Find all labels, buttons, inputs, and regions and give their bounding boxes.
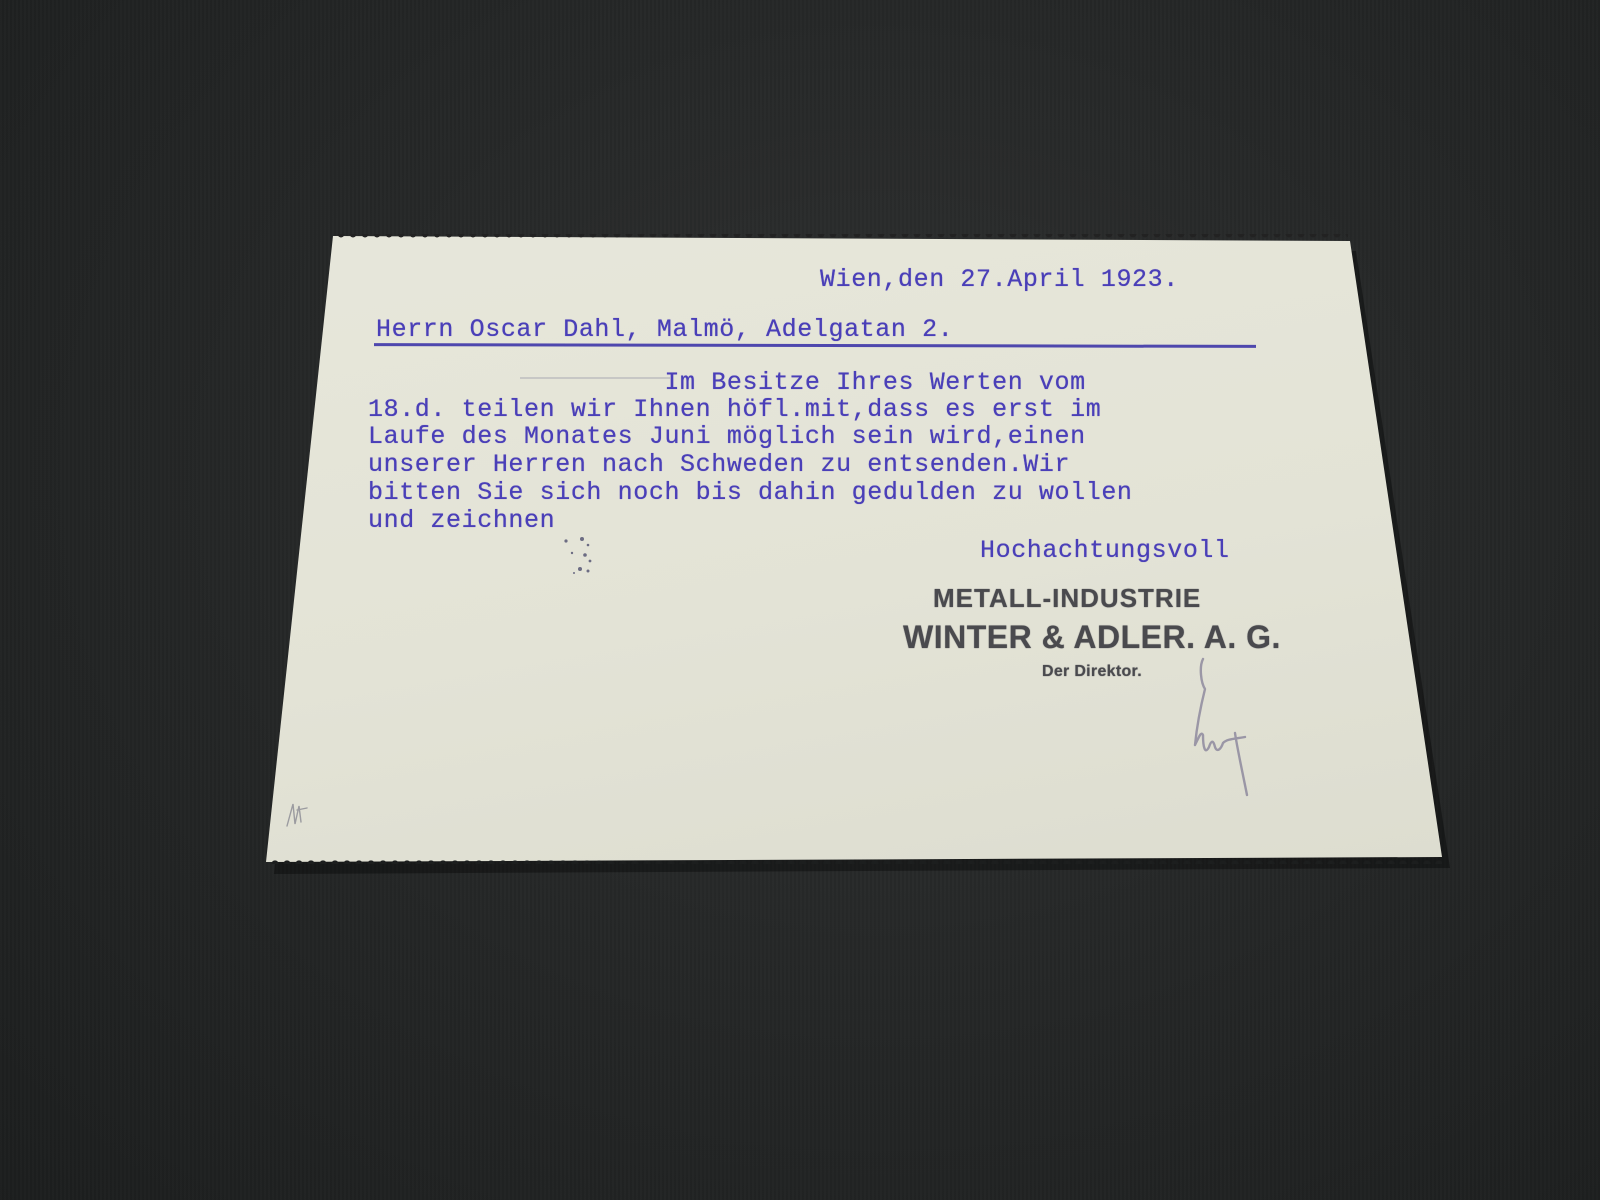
addressee-line: Herrn Oscar Dahl, Malmö, Adelgatan 2.: [376, 316, 953, 343]
perforated-edge-bottom: [270, 856, 1442, 864]
company-stamp-line3: Der Direktor.: [1042, 663, 1142, 681]
closing-greeting: Hochachtungsvoll: [980, 537, 1230, 564]
body-line: und zeichnen: [368, 507, 555, 534]
body-line: Im Besitze Ihres Werten vom: [368, 369, 1086, 396]
body-line: unserer Herren nach Schweden zu entsende…: [368, 451, 1070, 478]
pencil-corner-mark-icon: [283, 800, 313, 835]
signature-icon: [1175, 655, 1265, 810]
date-line: Wien,den 27.April 1923.: [820, 266, 1179, 293]
body-line: Laufe des Monates Juni möglich sein wird…: [368, 423, 1086, 450]
ink-specks: [560, 535, 600, 585]
company-stamp-line1: METALL-INDUSTRIE: [933, 583, 1201, 614]
company-stamp-line2: WINTER & ADLER. A. G.: [903, 619, 1281, 656]
body-line: 18.d. teilen wir Ihnen höfl.mit,dass es …: [368, 396, 1101, 423]
perforated-edge-top: [336, 234, 1348, 242]
body-line: bitten Sie sich noch bis dahin gedulden …: [368, 479, 1133, 506]
